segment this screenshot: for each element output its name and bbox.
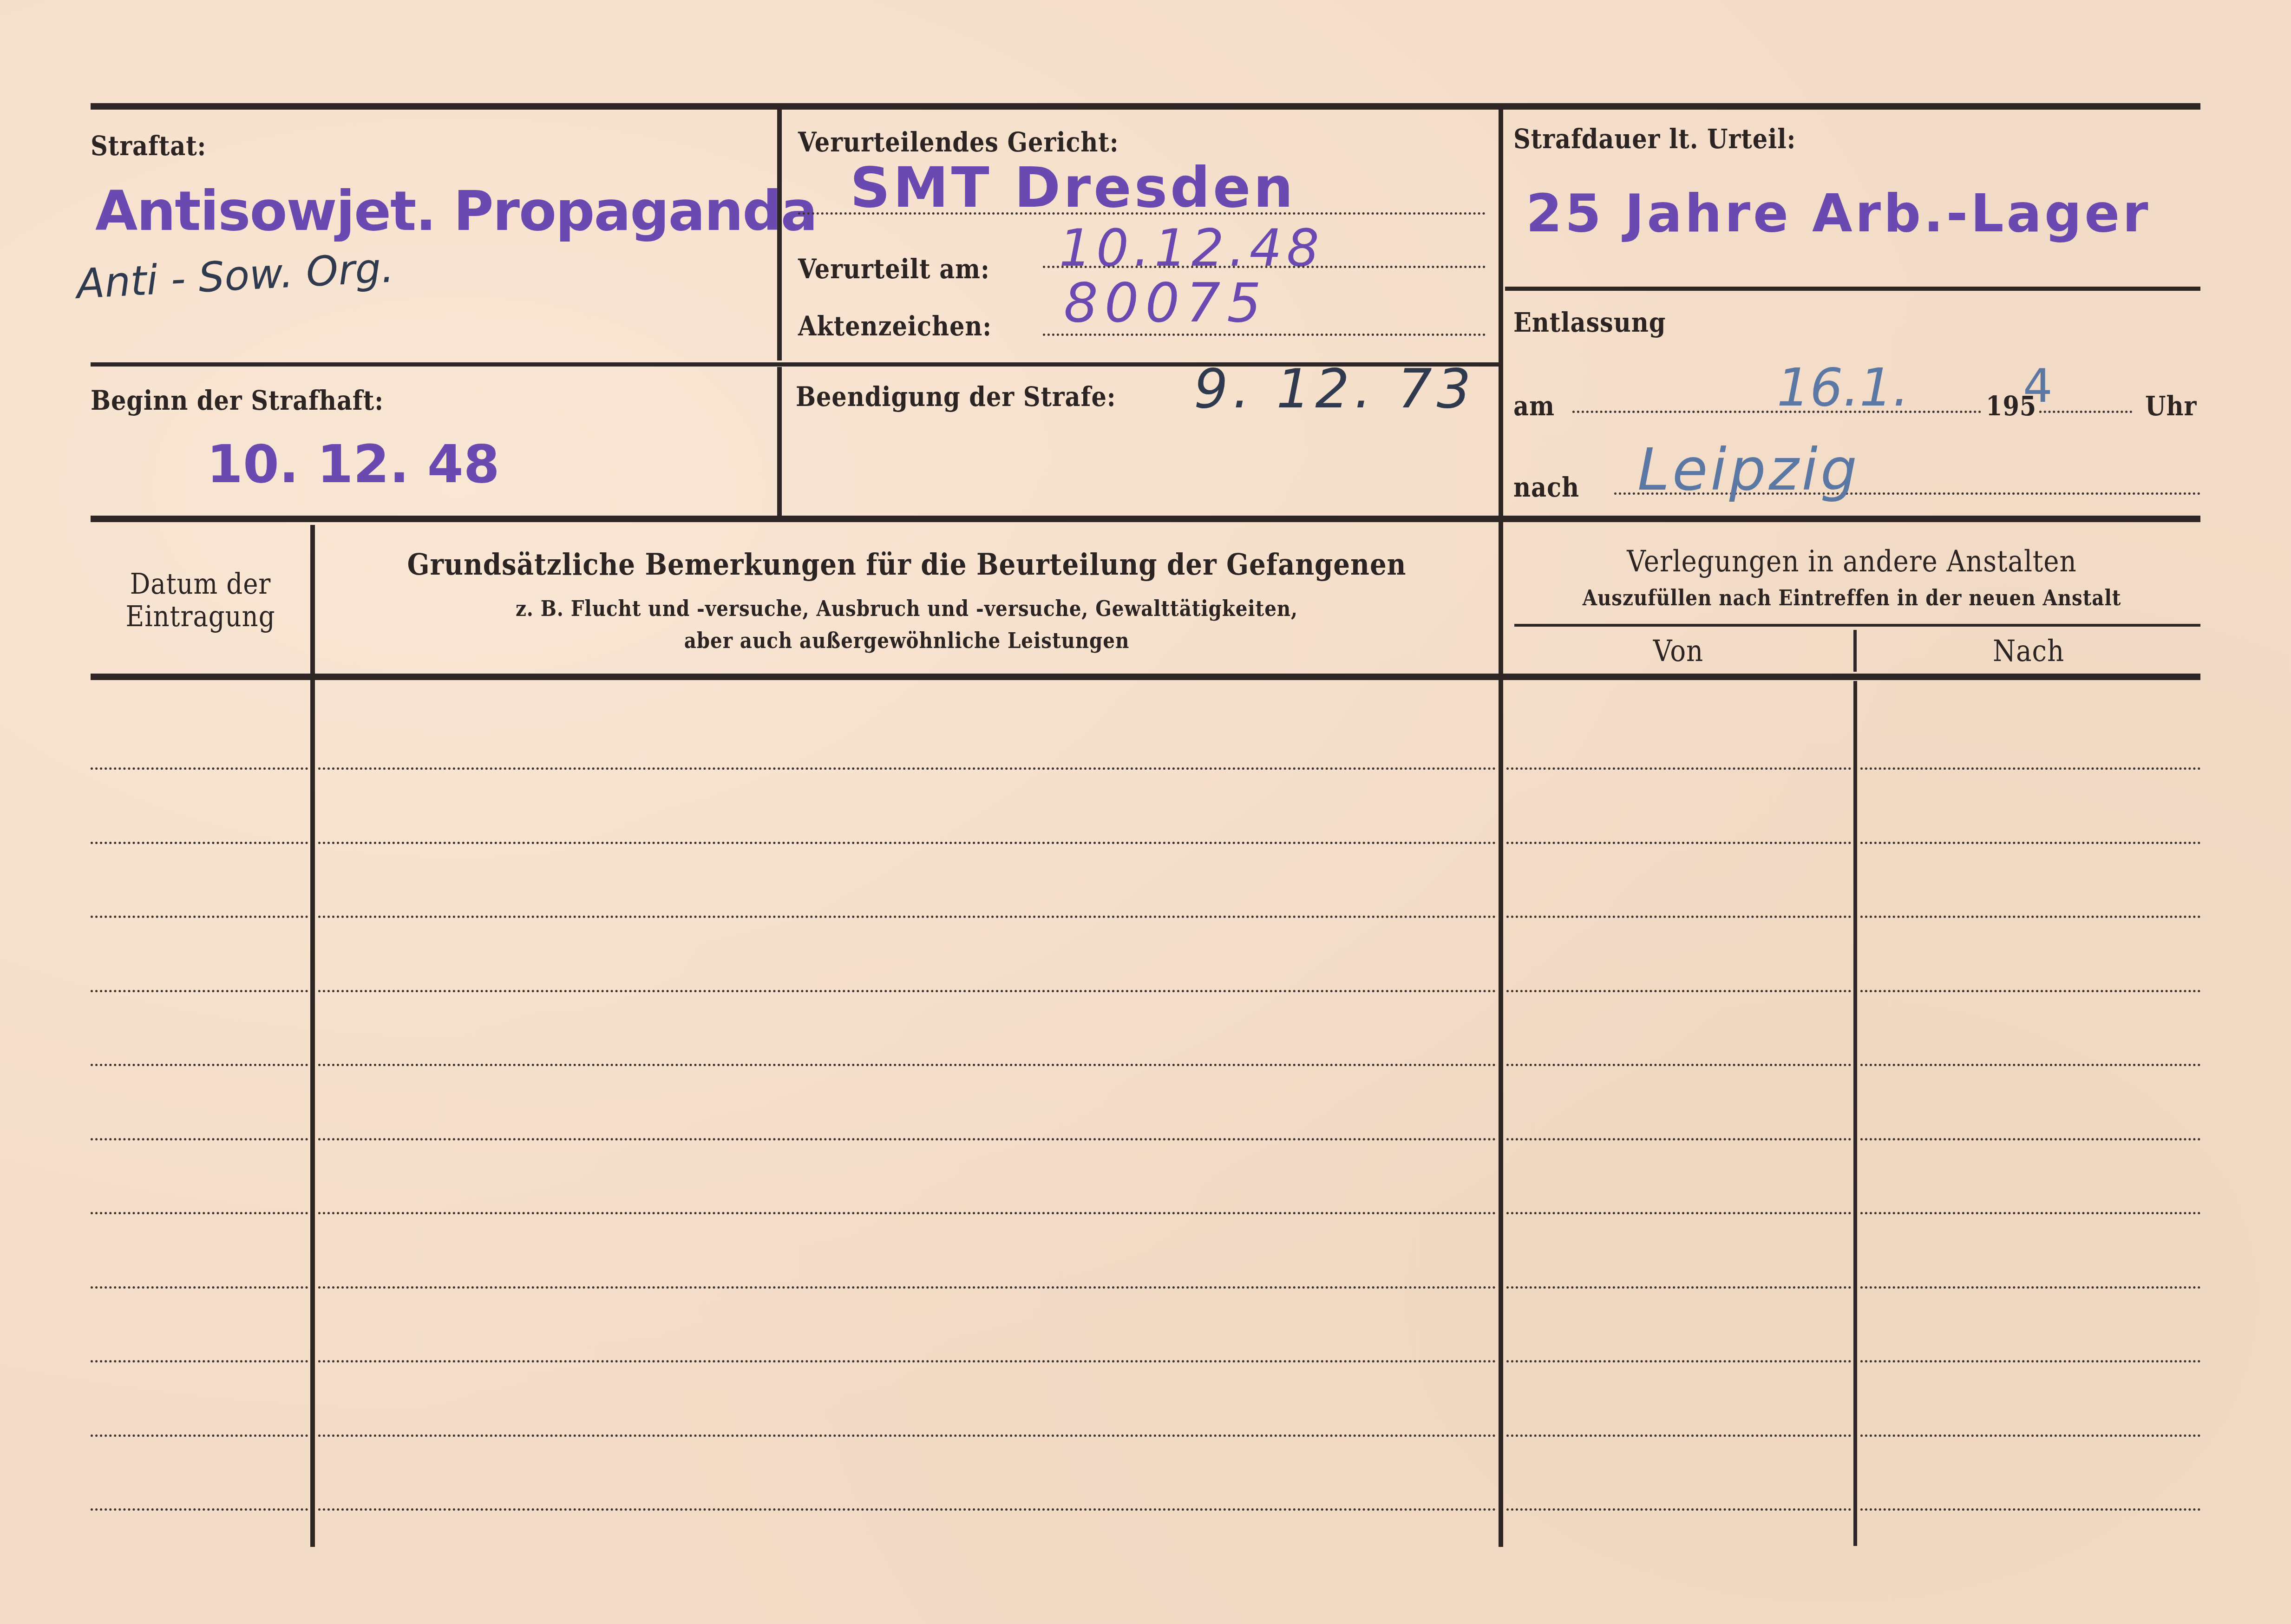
row-dotted-line <box>1506 1064 1851 1066</box>
gericht-label: Verurteilendes Gericht: <box>798 126 1119 158</box>
uhr-label: Uhr <box>2145 390 2197 422</box>
row-dotted-line <box>1506 767 1851 770</box>
bemerkung-cell[interactable] <box>318 1142 1496 1212</box>
row-dotted-line <box>1860 1360 2200 1362</box>
row-dotted-line <box>91 916 308 918</box>
verlegungen-header-title: Verlegungen in andere Anstalten <box>1545 544 2159 579</box>
row-dotted-line <box>1860 990 2200 992</box>
entlassung-nach-value[interactable]: Leipzig <box>1637 437 1860 504</box>
nach-cell[interactable] <box>1860 1439 2200 1508</box>
bemerkung-cell[interactable] <box>318 1439 1496 1508</box>
bemerkung-cell[interactable] <box>318 920 1496 990</box>
nach-cell[interactable] <box>1860 920 2200 990</box>
top-border-line <box>91 103 2200 110</box>
datum-cell[interactable] <box>91 1068 308 1138</box>
row-dotted-line <box>91 1138 308 1140</box>
row-dotted-line <box>1506 1360 1851 1362</box>
row-dotted-line <box>1506 842 1851 844</box>
row-dotted-line <box>91 842 308 844</box>
verurteilt-am-dotted-line <box>1043 266 1486 268</box>
strafdauer-value[interactable]: 25 Jahre Arb.-Lager <box>1526 183 2151 244</box>
nach-cell[interactable] <box>1860 772 2200 842</box>
row-dotted-line <box>91 990 308 992</box>
von-cell[interactable] <box>1506 846 1851 916</box>
datum-cell[interactable] <box>91 772 308 842</box>
row-dotted-line <box>318 1286 1496 1289</box>
row-dotted-line <box>1506 1138 1851 1140</box>
datum-cell[interactable] <box>91 1365 308 1434</box>
straftat-value-note[interactable]: Anti - Sow. Org. <box>75 243 395 308</box>
nach-cell[interactable] <box>1860 1290 2200 1360</box>
beendigung-label: Beendigung der Strafe: <box>796 381 1116 413</box>
nach-cell[interactable] <box>1860 698 2200 767</box>
datum-cell[interactable] <box>91 1142 308 1212</box>
row-dotted-line <box>1860 842 2200 844</box>
von-cell[interactable] <box>1506 1290 1851 1360</box>
gericht-dotted-line <box>798 212 1486 215</box>
row-dotted-line <box>1860 1508 2200 1511</box>
row-dotted-line <box>91 1434 308 1437</box>
datum-cell[interactable] <box>91 1439 308 1508</box>
strafdauer-label: Strafdauer lt. Urteil: <box>1513 123 1796 155</box>
von-cell[interactable] <box>1506 1068 1851 1138</box>
bemerkungen-header-title: Grundsätzliche Bemerkungen für die Beurt… <box>386 547 1427 582</box>
von-header: Von <box>1524 634 1833 668</box>
von-cell[interactable] <box>1506 1365 1851 1434</box>
bemerkung-cell[interactable] <box>318 1365 1496 1434</box>
nach-cell[interactable] <box>1860 994 2200 1064</box>
nach-cell[interactable] <box>1860 1365 2200 1434</box>
row-dotted-line <box>1860 1212 2200 1214</box>
row-dotted-line <box>1860 1138 2200 1140</box>
von-cell[interactable] <box>1506 1142 1851 1212</box>
nach-cell[interactable] <box>1860 846 2200 916</box>
von-cell[interactable] <box>1506 1439 1851 1508</box>
row-dotted-line <box>1860 1434 2200 1437</box>
row-dotted-line <box>1860 767 2200 770</box>
bemerkung-cell[interactable] <box>318 1068 1496 1138</box>
verlegungen-subheader-line <box>1514 624 2200 627</box>
straftat-label: Straftat: <box>91 130 206 162</box>
row-dotted-line <box>1860 1286 2200 1289</box>
von-cell[interactable] <box>1506 1217 1851 1286</box>
row-dotted-line <box>91 1508 308 1511</box>
aktenzeichen-value[interactable]: 80075 <box>1064 272 1268 334</box>
entlassung-date-value[interactable]: 16.1. <box>1777 358 1909 418</box>
row-dotted-line <box>1860 916 2200 918</box>
row-dotted-line <box>318 1138 1496 1140</box>
datum-header-line2: Eintragung <box>104 599 297 633</box>
nach-cell[interactable] <box>1860 1142 2200 1212</box>
row-dotted-line <box>91 1286 308 1289</box>
gericht-value[interactable]: SMT Dresden <box>850 156 1296 220</box>
row-dotted-line <box>1506 1212 1851 1214</box>
datum-cell[interactable] <box>91 698 308 767</box>
row-dotted-line <box>1506 1508 1851 1511</box>
row-dotted-line <box>318 916 1496 918</box>
row-dotted-line <box>318 1064 1496 1066</box>
von-cell[interactable] <box>1506 698 1851 767</box>
datum-cell[interactable] <box>91 846 308 916</box>
row-dotted-line <box>91 1212 308 1214</box>
bemerkung-cell[interactable] <box>318 698 1496 767</box>
row-dotted-line <box>91 767 308 770</box>
row-dotted-line <box>318 1434 1496 1437</box>
entlassung-year-suffix[interactable]: 4 <box>2023 359 2053 413</box>
bemerkung-cell[interactable] <box>318 846 1496 916</box>
von-cell[interactable] <box>1506 772 1851 842</box>
bemerkungen-header-line3: aber auch außergewöhnliche Leistungen <box>386 628 1427 653</box>
row-divider-2 <box>91 516 2200 522</box>
von-nach-divider-body <box>1853 681 1857 1546</box>
beendigung-value[interactable]: 9. 12. 73 <box>1194 358 1476 420</box>
von-cell[interactable] <box>1506 920 1851 990</box>
row-dotted-line <box>1860 1064 2200 1066</box>
bemerkung-cell[interactable] <box>318 1217 1496 1286</box>
row-dotted-line <box>318 1212 1496 1214</box>
nach-header: Nach <box>1877 634 2180 668</box>
beginn-label: Beginn der Strafhaft: <box>91 385 384 416</box>
row-dotted-line <box>318 990 1496 992</box>
datum-header-line1: Datum der <box>104 567 297 601</box>
datum-cell[interactable] <box>91 1290 308 1360</box>
verurteilt-am-label: Verurteilt am: <box>798 253 990 285</box>
row-dotted-line <box>318 842 1496 844</box>
bemerkung-cell[interactable] <box>318 1290 1496 1360</box>
divider-col1-col2-mid <box>777 367 782 518</box>
bemerkung-cell[interactable] <box>318 772 1496 842</box>
straftat-value[interactable]: Antisowjet. Propaganda <box>95 179 817 243</box>
row-dotted-line <box>1506 916 1851 918</box>
row-dotted-line <box>91 1064 308 1066</box>
table-header-bottom-line <box>91 674 2200 680</box>
von-nach-divider <box>1853 630 1857 672</box>
datum-cell[interactable] <box>91 920 308 990</box>
aktenzeichen-label: Aktenzeichen: <box>798 310 992 342</box>
entlassung-label: Entlassung <box>1513 307 1666 338</box>
bemerkungen-header-line2: z. B. Flucht und -versuche, Ausbruch und… <box>386 596 1427 621</box>
row-dotted-line <box>1506 1434 1851 1437</box>
verlegungen-header-subtitle: Auszufüllen nach Eintreffen in der neuen… <box>1545 585 2159 610</box>
datum-cell[interactable] <box>91 1217 308 1286</box>
aktenzeichen-dotted-line <box>1043 334 1486 336</box>
bemerkung-cell[interactable] <box>318 994 1496 1064</box>
strafdauer-underline <box>1505 287 2200 291</box>
prisoner-record-card: Straftat: Antisowjet. Propaganda Anti - … <box>0 0 2291 1624</box>
beginn-value[interactable]: 10. 12. 48 <box>207 434 500 495</box>
entlassung-time-dotted-line <box>2039 411 2132 413</box>
row-dotted-line <box>91 1360 308 1362</box>
entlassung-nach-label: nach <box>1513 471 1579 503</box>
row-dotted-line <box>318 1508 1496 1511</box>
row-dotted-line <box>318 1360 1496 1362</box>
verurteilt-am-value[interactable]: 10.12.48 <box>1059 218 1324 278</box>
row-dotted-line <box>318 767 1496 770</box>
row-dotted-line <box>1506 990 1851 992</box>
row-dotted-line <box>1506 1286 1851 1289</box>
divider-col2-col3-top <box>1499 110 1503 518</box>
von-cell[interactable] <box>1506 994 1851 1064</box>
nach-cell[interactable] <box>1860 1068 2200 1138</box>
entlassung-am-label: am <box>1513 390 1555 422</box>
datum-cell[interactable] <box>91 994 308 1064</box>
nach-cell[interactable] <box>1860 1217 2200 1286</box>
